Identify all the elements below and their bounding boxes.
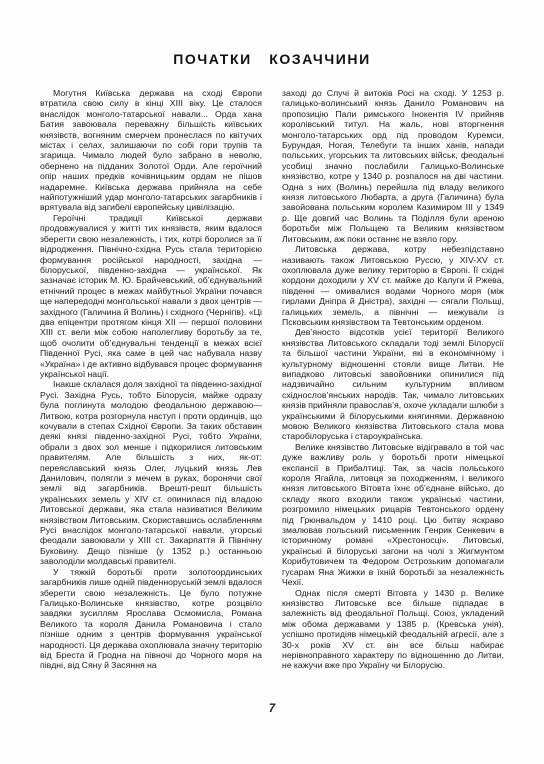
right-column: заході до Случі й витоків Росі на сході.… (282, 88, 504, 671)
paragraph: Дев’яносто відсотків усієї території Вел… (282, 327, 504, 441)
page-title: ПОЧАТКИ КОЗАЧЧИНИ (0, 51, 544, 67)
page-number: 7 (0, 703, 544, 715)
paragraph: Інакше склалася доля західної та південн… (40, 379, 262, 566)
paragraph: Могутня Київська держава на сході Європи… (40, 88, 262, 213)
paragraph: У тяжкій боротьбі проти золотоординських… (40, 567, 262, 671)
text-columns: Могутня Київська держава на сході Європи… (40, 88, 504, 671)
paragraph: Однак після смерті Вітовта у 1430 р. Вел… (282, 588, 504, 671)
paragraph: Героїчні традиції Київської держави прод… (40, 213, 262, 380)
paragraph-continuation: заході до Случі й витоків Росі на сході.… (282, 88, 504, 244)
left-column: Могутня Київська держава на сході Європи… (40, 88, 262, 671)
paragraph: Велике князівство Литовське відігравало … (282, 442, 504, 588)
book-page: ПОЧАТКИ КОЗАЧЧИНИ Могутня Київська держа… (0, 0, 544, 764)
paragraph: Литовська держава, котру небезпідставно … (282, 244, 504, 327)
